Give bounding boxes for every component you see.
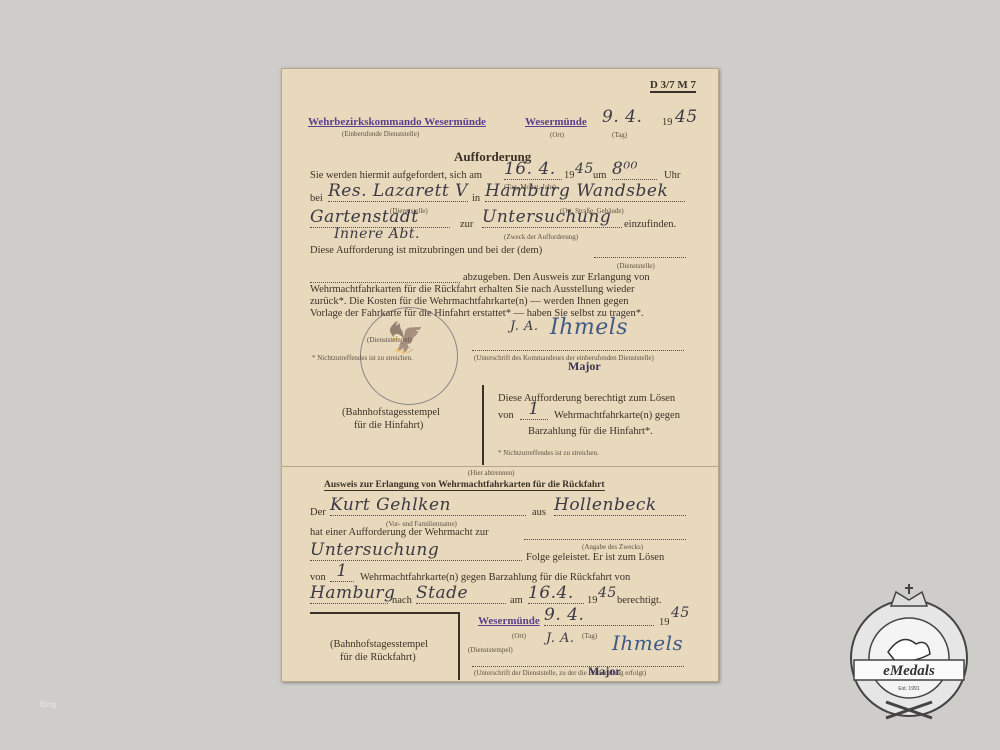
issue-date: 9. 4. xyxy=(602,107,642,127)
divider-vertical-2 xyxy=(458,612,460,680)
svg-text:Est. 1991: Est. 1991 xyxy=(898,686,919,692)
s2-zweck: Untersuchung xyxy=(310,540,522,561)
bahnhof-hin-1: (Bahnhofstagesstempel xyxy=(342,407,440,418)
right-box-rest: Wehrmachtfahrkarte(n) gegen xyxy=(554,410,680,421)
line1-um: um xyxy=(593,170,606,181)
s2-dienststempel-caption: (Dienststempel) xyxy=(468,646,513,654)
year-prefix: 19 xyxy=(662,117,673,128)
place-stamp: Wesermünde xyxy=(525,116,587,128)
signature-caption-1: (Unterschrift des Kommandeurs der einber… xyxy=(474,354,654,362)
signature-1: Ihmels xyxy=(550,315,628,340)
para-line3: zurück*. Die Kosten für die Wehrmachtfah… xyxy=(310,296,629,307)
issuer-caption: (Einberufende Dienststelle) xyxy=(342,130,419,138)
s2-line4-rest: Wehrmachtfahrkarte(n) gegen Barzahlung f… xyxy=(360,572,630,583)
svg-text:eMedals: eMedals xyxy=(883,663,935,679)
s2-ia: J. A. xyxy=(546,631,575,646)
form-code: D 3/7 M 7 xyxy=(650,79,696,93)
blog-watermark: Blog xyxy=(40,700,56,709)
issuer-stamp: Wehrbezirkskommando Wesermünde xyxy=(308,116,486,128)
para-line2: Wehrmachtfahrkarten für die Rückfahrt er… xyxy=(310,284,635,295)
s2-zweck-caption: (Angabe des Zwecks) xyxy=(582,543,643,551)
line4-text: Diese Aufforderung ist mitzubringen und … xyxy=(310,245,542,256)
s2-date: 16.4. xyxy=(528,583,584,604)
line4-caption: (Dienststelle) xyxy=(617,262,655,270)
line1-prefix: Sie werden hiermit aufgefordert, sich am xyxy=(310,170,482,181)
s2-place-stamp: Wesermünde xyxy=(478,615,540,627)
line1-date: 16. 4. xyxy=(504,159,562,180)
s2-am: am xyxy=(510,595,523,606)
divider-horizontal-2 xyxy=(310,612,458,614)
day-caption: (Tag) xyxy=(612,131,627,139)
line1-suffix: Uhr xyxy=(664,170,680,181)
signature-line-1 xyxy=(472,350,684,351)
line3-ort-cont: Gartenstadt xyxy=(310,207,450,228)
rank-1: Major xyxy=(568,359,601,374)
line1-year-prefix: 19 xyxy=(564,170,575,181)
document-paper: D 3/7 M 7 Wehrbezirkskommando Wesermünde… xyxy=(281,68,719,682)
ia-1: J. A. xyxy=(510,319,539,334)
line2-bei: bei xyxy=(310,193,323,204)
line3-suffix: einzufinden. xyxy=(624,219,676,230)
line2-ort: Hamburg Wandsbek xyxy=(485,181,685,202)
line3-caption: (Zweck der Aufforderung) xyxy=(504,233,578,241)
right-box-line3: Barzahlung für die Hinfahrt*. xyxy=(528,426,653,437)
s2-nach: nach xyxy=(392,595,412,606)
s2-year-prefix2: 19 xyxy=(659,617,670,628)
line3-zweck: Untersuchung xyxy=(482,207,622,228)
s2-von: von xyxy=(310,572,326,583)
s2-signature-line xyxy=(472,666,684,667)
line2-in: in xyxy=(472,193,480,204)
s2-line2-blank xyxy=(524,539,686,540)
bahnhof-hin-2: für die Hinfahrt) xyxy=(354,420,423,431)
line3-zur: zur xyxy=(460,219,473,230)
s2-to: Stade xyxy=(416,583,506,604)
s2-line3-suffix: Folge geleistet. Er ist zum Lösen xyxy=(526,552,664,563)
divider-vertical-1 xyxy=(482,385,484,465)
dienststempel-caption-1: (Dienststempel) xyxy=(367,336,412,344)
s2-year2: 45 xyxy=(671,605,690,621)
right-box-footnote: * Nichtzutreffendes ist zu streichen. xyxy=(498,449,599,457)
right-box-von: von xyxy=(498,410,514,421)
logo-badge-icon: eMedals Est. 1991 xyxy=(836,582,982,728)
s2-from: Hamburg xyxy=(310,583,388,604)
s2-town: Hollenbeck xyxy=(554,495,686,516)
s2-tag-caption: (Tag) xyxy=(582,632,597,640)
right-box-count: 1 xyxy=(520,399,548,420)
footnote-1: * Nichtzutreffendes ist zu streichen. xyxy=(312,354,413,362)
line2-dienststelle: Res. Lazarett V xyxy=(328,181,468,202)
s2-name: Kurt Gehlken xyxy=(330,495,526,516)
abzugeben-blank xyxy=(310,282,460,283)
s2-der: Der xyxy=(310,507,326,518)
s2-rank: Major xyxy=(588,664,621,679)
para-abzugeben: abzugeben. Den Ausweis zur Erlangung von xyxy=(463,272,650,283)
line1-year: 45 xyxy=(575,161,594,177)
s2-date-hand: 9. 4. xyxy=(544,605,654,626)
line3-note: Innere Abt. xyxy=(334,226,420,242)
s2-count: 1 xyxy=(330,561,354,582)
line1-time: 8⁰⁰ xyxy=(612,159,657,180)
s2-aus: aus xyxy=(532,507,546,518)
emedals-logo: eMedals Est. 1991 xyxy=(836,582,982,728)
cut-here-label: (Hier abtrennen) xyxy=(468,469,514,477)
cut-line xyxy=(282,466,718,467)
s2-signature: Ihmels xyxy=(612,631,683,655)
section2-title: Ausweis zur Erlangung von Wehrmachtfahrk… xyxy=(324,480,605,491)
s2-line2: hat einer Aufforderung der Wehrmacht zur xyxy=(310,527,489,538)
bahnhof-rueck-1: (Bahnhofstagesstempel xyxy=(330,639,428,650)
issue-year: 45 xyxy=(675,107,698,127)
place-caption: (Ort) xyxy=(550,131,564,139)
line4-blank xyxy=(594,257,686,258)
s2-year: 45 xyxy=(598,585,617,601)
bahnhof-rueck-2: für die Rückfahrt) xyxy=(340,652,416,663)
s2-ort-caption: (Ort) xyxy=(512,632,526,640)
